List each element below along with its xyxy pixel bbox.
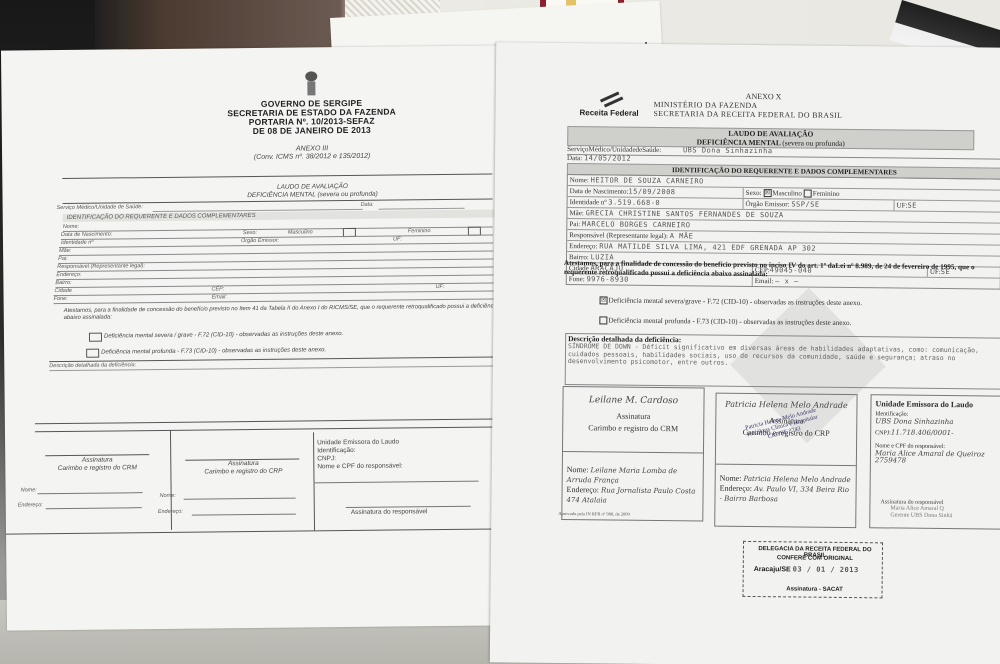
ministry-header: MINISTÉRIO DA FAZENDA SECRETARIA DA RECE… [653, 100, 842, 120]
crm-signature-caption: Assinatura Carimbo e registro do CRM [35, 456, 159, 473]
city-label: Cidade [54, 288, 71, 294]
birth-value[interactable]: 15/09/2008 [628, 188, 675, 196]
blank-form-page: GOVERNO DE SERGIPE SECRETARIA DE ESTADO … [1, 45, 507, 630]
unit-details: Identificação: UBS Dona Sinhazinha CNPJ:… [875, 411, 1000, 465]
crp-address-label: Endereço: [158, 509, 183, 515]
approval-note: Aprovado pela IN RFB nº 988, de 2009 [558, 511, 629, 517]
address-value[interactable]: RUA MATILDE SILVA LIMA, 421 EDF GRENADA … [599, 242, 816, 252]
divider [35, 418, 495, 424]
city-field[interactable] [54, 290, 494, 296]
issuing-unit: Unidade Emissora do Laudo Identificação:… [317, 438, 403, 471]
crp-signature-caption: Assinatura Carimbo e registro do CRP [177, 459, 309, 476]
logo-text: Receita Federal [579, 108, 638, 118]
divider [62, 173, 492, 179]
coat-of-arms-icon [303, 71, 319, 97]
crm-name-label: Nome: [21, 487, 37, 493]
unit-resp-value[interactable]: Maria Alice Amaral de Queiroz 2759478 [875, 450, 1000, 465]
guardian-label: Responsável (Representante legal): [57, 263, 145, 270]
birth-label: Data de Nascimento: [61, 231, 112, 238]
mother-label: Mãe: [59, 248, 71, 254]
mother-value[interactable]: GRECIA CHRISTINE SANTOS FERNANDES DE SOU… [586, 209, 784, 219]
unit-cnpj-value[interactable]: 11.718.406/0001- [891, 428, 954, 437]
divider [49, 356, 494, 362]
crp-address-field[interactable] [192, 514, 296, 516]
crm-address-field[interactable] [46, 507, 142, 509]
id-label: Identidade nº [61, 240, 93, 246]
name-label: Nome: [63, 224, 79, 230]
annex-label: ANEXO III (Conv. ICMS nº. 38/2012 e 135/… [162, 144, 462, 163]
stamp-date: 03 / 01 / 2013 [793, 565, 859, 574]
id-value[interactable]: 3.519.668-0 [608, 198, 660, 207]
uf2-label: UF: [435, 284, 444, 290]
address-label: Endereço: [56, 272, 81, 278]
crm-signature: Leilane M. Cardoso [563, 395, 703, 406]
female-checkbox[interactable] [804, 190, 812, 198]
description-value[interactable]: SÍNDROME DE DOWN - Déficit significativo… [566, 343, 1000, 370]
male-checkbox[interactable]: ☒ [763, 189, 771, 197]
sex-label: Sexo: [243, 230, 257, 236]
issuing-unit-box: Unidade Emissora do Laudo Identificação:… [869, 394, 1000, 530]
description-label: Descrição detalhada da deficiência: [49, 362, 136, 369]
divider [716, 464, 856, 466]
date-label: Data: [361, 202, 374, 208]
mother-field[interactable] [59, 250, 493, 256]
profound-checkbox[interactable] [599, 317, 607, 325]
form-title: LAUDO DE AVALIAÇÃO DEFICIÊNCIA MENTAL (s… [162, 182, 462, 201]
attestation-text: Atestamos, para a finalidade de concessã… [64, 303, 504, 322]
profound-checkbox[interactable] [86, 349, 99, 358]
crp-name-value[interactable]: Patricia Helena Melo Andrade [743, 475, 850, 484]
annex-label: ANEXO X [746, 92, 782, 101]
severe-checkbox[interactable]: ☒ [600, 297, 608, 305]
form-header: GOVERNO DE SERGIPE SECRETARIA DE ESTADO … [162, 98, 462, 137]
uf-label: UF: [393, 236, 402, 242]
crm-name-field[interactable] [38, 492, 143, 494]
certification-stamp: DELEGACIA DA RECEITA FEDERAL DO BRASIL C… [742, 541, 883, 598]
severe-option: Deficiência mental severa / grave - F.72… [104, 331, 343, 340]
zip-label: CEP: [211, 286, 224, 292]
filled-form-page: Receita Federal ANEXO X MINISTÉRIO DA FA… [490, 42, 1000, 664]
divider [563, 451, 703, 453]
address-field[interactable] [56, 274, 493, 280]
crp-name-field[interactable] [184, 498, 296, 500]
crp-signature: Patricia Helena Melo Andrade [716, 400, 856, 411]
guardian-value[interactable]: A MÃE [670, 232, 694, 240]
issuer-label: Órgão Emissor: [241, 238, 279, 244]
crp-details: Nome: Patricia Helena Melo Andrade Ender… [719, 474, 851, 505]
severe-checkbox[interactable] [89, 333, 102, 342]
divider [6, 528, 496, 534]
section-header: IDENTIFICAÇÃO DO REQUERENTE E DADOS COMP… [63, 209, 497, 222]
severe-option: ☒Deficiência mental severa/grave - F.72 … [600, 296, 863, 307]
crp-stamp: Patricia Helena Melo Andrade Psicóloga C… [745, 408, 821, 446]
crm-address-label: Endereço: [18, 502, 43, 508]
service-label: Serviço Médico/Unidade de Saúde: [57, 204, 143, 211]
unit-signature-caption: Assinatura do responsável [351, 508, 428, 517]
unit-id-value[interactable]: UBS Dona Sinhazinha [875, 418, 1000, 426]
crm-details: Nome: Leilane Maria Lomba de Arruda Fran… [566, 465, 698, 506]
profound-option: Deficiência mental profunda - F.73 (CID-… [599, 316, 851, 327]
uf-value[interactable]: SE [907, 202, 917, 210]
crp-name-label: Nome: [160, 493, 176, 499]
date-value[interactable]: 14/05/2012 [584, 154, 631, 162]
receita-federal-logo-icon [596, 93, 628, 107]
name-value[interactable]: HEITOR DE SOUZA CARNEIRO [591, 176, 704, 185]
district-field[interactable] [55, 282, 493, 288]
email-label: Email: [212, 294, 227, 300]
issuer-value[interactable]: SSP/SE [791, 200, 819, 208]
divider [314, 481, 479, 484]
female-label: Feminino [408, 228, 431, 234]
profound-option: Deficiência mental profunda - F.73 (CID-… [101, 347, 326, 355]
crp-box: Patricia Helena Melo Andrade Assinatura … [714, 393, 857, 528]
divider [35, 426, 495, 432]
male-label: Masculino [288, 229, 313, 235]
description-box: Descrição detalhada da deficiência: SÍND… [565, 333, 1000, 390]
phone-label: Fone: [54, 296, 68, 302]
crm-box: Leilane M. Cardoso Assinatura Carimbo e … [561, 386, 704, 521]
district-label: Bairro: [55, 280, 71, 286]
father-value[interactable]: MARCELO BORGES CARNEIRO [582, 220, 691, 229]
father-label: Pai: [58, 256, 68, 262]
